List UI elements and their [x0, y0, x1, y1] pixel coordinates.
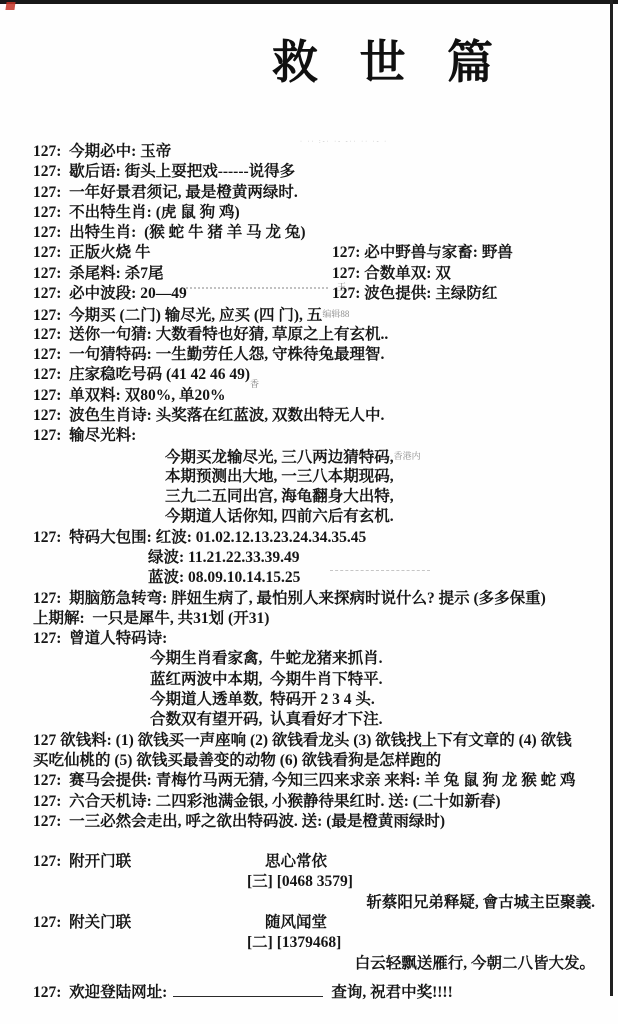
line-text: 127: 出特生肖: (猴 蛇 牛 猪 羊 马 龙 兔) — [33, 224, 306, 241]
line-text: 127: 一三必然会走出, 呼之欲出特码波. 送: (最是橙黄雨绿时) — [33, 813, 445, 830]
doc-line: 白云轻飘送雁行, 今朝二八皆大发。 — [33, 954, 607, 974]
line-text: 127: 输尽光料: — [33, 427, 136, 444]
line-text: [三] [0468 3579] — [247, 873, 353, 890]
line-text: 127: 送你一句猜: 大数看特也好猜, 草原之上有玄机.. — [33, 326, 388, 343]
line-text: 买吃仙桃的 (5) 欲钱买最善变的动物 (6) 欲钱看狗是怎样跑的 — [33, 752, 441, 769]
line-text: 127: 必中波段: 20—49 — [33, 285, 187, 302]
doc-line: 127: 单双料: 双80%, 单20% — [33, 386, 607, 406]
couplet-heading-text: 随风闻堂 — [265, 913, 327, 933]
line-text: 绿波: 11.21.22.33.39.49 — [148, 549, 300, 566]
doc-line: 127: 赛马会提供: 青梅竹马两无猜, 今知三四来求亲 来料: 羊 兔 鼠 狗… — [33, 771, 607, 791]
doc-line: 127: 六合天机诗: 二四彩池满金银, 小猴静待果红时. 送: (二十如新春) — [33, 792, 607, 812]
doc-line: 127: 今期必中: 玉帝 — [33, 142, 607, 162]
doc-line: 127: 今期买 (二门) 输尽光, 应买 (四 门), 五编辑88 — [33, 304, 607, 324]
line-text: 白云轻飘送雁行, 今朝二八皆大发。 — [355, 955, 595, 972]
line-text: 127: 今期必中: 玉帝 — [33, 143, 171, 160]
doc-line: 127: 附开门联思心常依 — [33, 852, 607, 872]
doc-line: 127: 一三必然会走出, 呼之欲出特码波. 送: (最是橙黄雨绿时) — [33, 812, 607, 832]
watermark-text: 编辑88 — [322, 309, 349, 319]
doc-line: 今期买龙输尽光, 三八两边猜特码,香港内 — [33, 446, 607, 466]
doc-line: 127: 正版火烧 牛127: 必中野兽与家畜: 野兽 — [33, 243, 607, 263]
line-text: 蓝红两波中本期, 今期牛肖下特平. — [150, 671, 383, 688]
doc-line: 127: 出特生肖: (猴 蛇 牛 猪 羊 马 龙 兔) — [33, 223, 607, 243]
watermark-text: 香港内 — [394, 451, 421, 461]
document-body: 127: 今期必中: 玉帝127: 歇后语: 街头上耍把戏------说得多12… — [33, 142, 607, 1003]
doc-line: 127: 杀尾料: 杀7尾127: 合数单双: 双 — [33, 264, 607, 284]
doc-line: 127: 不出特生肖: (虎 鼠 狗 鸡) — [33, 203, 607, 223]
doc-line: 今期道人透单数, 特码开 2 3 4 头. — [33, 690, 607, 710]
line-text: 127: 赛马会提供: 青梅竹马两无猜, 今知三四来求亲 来料: 羊 兔 鼠 狗… — [33, 772, 576, 789]
line-text: 今期生肖看家禽, 牛蛇龙猪来抓肖. — [150, 650, 383, 667]
doc-line: 127: 歇后语: 街头上耍把戏------说得多 — [33, 162, 607, 182]
page-right-border — [610, 0, 613, 996]
doc-line: 127: 特码大包围: 红波: 01.02.12.13.23.24.34.35.… — [33, 528, 607, 548]
doc-line: 127: 欢迎登陆网址:查询, 祝君中奖!!!! — [33, 983, 607, 1003]
doc-line: 上期解: 一只是犀牛, 共31划 (开31) — [33, 609, 607, 629]
line-text: 127: 期脑筋急转弯: 胖妞生病了, 最怕别人来探病时说什么? 提示 (多多保… — [33, 590, 546, 607]
doc-line: 蓝波: 08.09.10.14.15.25 — [33, 568, 607, 588]
line-text: 上期解: 一只是犀牛, 共31划 (开31) — [33, 610, 269, 627]
line-text: 127 欲钱料: (1) 欲钱买一声座响 (2) 欲钱看龙头 (3) 欲钱找上下… — [33, 732, 572, 749]
doc-line: 127: 一年好景君须记, 最是橙黄两绿时. — [33, 183, 607, 203]
doc-line: 127: 庄家稳吃号码 (41 42 46 49)香 — [33, 365, 607, 385]
doc-line: 127: 曾道人特码诗: — [33, 629, 607, 649]
line-text: 127: 杀尾料: 杀7尾 — [33, 265, 163, 282]
line-text: 三九二五同出宫, 海龟翻身大出特, — [165, 488, 394, 505]
doc-line: 三九二五同出宫, 海龟翻身大出特, — [33, 487, 607, 507]
doc-line: 本期预测出大地, 一三八本期现码, — [33, 467, 607, 487]
doc-line: 127: 送你一句猜: 大数看特也好猜, 草原之上有玄机.. — [33, 325, 607, 345]
doc-line: 买吃仙桃的 (5) 欲钱买最善变的动物 (6) 欲钱看狗是怎样跑的 — [33, 751, 607, 771]
doc-line: 127: 波色生肖诗: 头奖落在红蓝波, 双数出特无人中. — [33, 406, 607, 426]
line-text: 斩蔡阳兄弟释疑, 會古城主臣聚義. — [366, 894, 595, 911]
doc-line: 127: 期脑筋急转弯: 胖妞生病了, 最怕别人来探病时说什么? 提示 (多多保… — [33, 589, 607, 609]
page-top-border — [0, 0, 618, 4]
doc-line: 今期道人话你知, 四前六后有玄机. — [33, 507, 607, 527]
line-text: 今期道人透单数, 特码开 2 3 4 头. — [150, 691, 375, 708]
line-text: 127: 附关门联 — [33, 914, 131, 931]
doc-line: 127: 附关门联随风闻堂 — [33, 913, 607, 933]
line-text: 127: 庄家稳吃号码 (41 42 46 49) — [33, 366, 250, 383]
line-text: 今期道人话你知, 四前六后有玄机. — [165, 508, 394, 525]
doc-line: 127: 必中波段: 20—49127: 波色提供: 主绿防红 — [33, 284, 607, 304]
right-column-text: 127: 必中野兽与家畜: 野兽 — [332, 243, 513, 263]
line-text: 127: 欢迎登陆网址: — [33, 984, 167, 1001]
line-text: 127: 不出特生肖: (虎 鼠 狗 鸡) — [33, 204, 240, 221]
right-column-text: 127: 波色提供: 主绿防红 — [332, 284, 497, 304]
line-text: 127: 歇后语: 街头上耍把戏------说得多 — [33, 163, 295, 180]
doc-line: [二] [1379468] — [33, 933, 607, 953]
doc-line: [三] [0468 3579] — [33, 872, 607, 892]
doc-line: 斩蔡阳兄弟释疑, 會古城主臣聚義. — [33, 893, 607, 913]
line-text: 127: 正版火烧 牛 — [33, 244, 151, 261]
line-text: 127: 今期买 (二门) 输尽光, 应买 (四 门), 五 — [33, 307, 322, 324]
blank-underline-field — [173, 983, 323, 997]
scanned-document-page: 救 世 篇 · ·· :-· ·- -·· ·· ·- · 王 127: 今期必… — [0, 0, 618, 1024]
line-text: 127: 附开门联 — [33, 853, 131, 870]
doc-line: 127 欲钱料: (1) 欲钱买一声座响 (2) 欲钱看龙头 (3) 欲钱找上下… — [33, 731, 607, 751]
doc-line: 合数双有望开码, 认真看好才下注. — [33, 710, 607, 730]
doc-line: 绿波: 11.21.22.33.39.49 — [33, 548, 607, 568]
line-text-tail: 查询, 祝君中奖!!!! — [331, 984, 452, 1001]
couplet-heading-text: 思心常依 — [265, 852, 327, 872]
line-text: 127: 单双料: 双80%, 单20% — [33, 387, 225, 404]
line-text: 127: 特码大包围: 红波: 01.02.12.13.23.24.34.35.… — [33, 529, 366, 546]
line-text: 127: 一句猜特码: 一生勤劳任人怨, 守株待兔最理智. — [33, 346, 384, 363]
red-corner-stamp-icon — [5, 2, 15, 10]
line-text: 合数双有望开码, 认真看好才下注. — [150, 711, 383, 728]
line-text: 127: 波色生肖诗: 头奖落在红蓝波, 双数出特无人中. — [33, 407, 384, 424]
line-text: 本期预测出大地, 一三八本期现码, — [165, 468, 394, 485]
line-text: 蓝波: 08.09.10.14.15.25 — [148, 569, 300, 586]
doc-line: 127: 输尽光料: — [33, 426, 607, 446]
line-text: 127: 曾道人特码诗: — [33, 630, 167, 647]
doc-line: 127: 一句猜特码: 一生勤劳任人怨, 守株待兔最理智. — [33, 345, 607, 365]
line-text: 127: 六合天机诗: 二四彩池满金银, 小猴静待果红时. 送: (二十如新春) — [33, 793, 501, 810]
right-column-text: 127: 合数单双: 双 — [332, 264, 451, 284]
line-text: 127: 一年好景君须记, 最是橙黄两绿时. — [33, 184, 298, 201]
doc-line: 蓝红两波中本期, 今期牛肖下特平. — [33, 670, 607, 690]
doc-line: 今期生肖看家禽, 牛蛇龙猪来抓肖. — [33, 649, 607, 669]
page-title: 救 世 篇 — [272, 26, 508, 92]
line-text: [二] [1379468] — [247, 934, 341, 951]
line-text: 今期买龙输尽光, 三八两边猜特码, — [165, 449, 394, 466]
